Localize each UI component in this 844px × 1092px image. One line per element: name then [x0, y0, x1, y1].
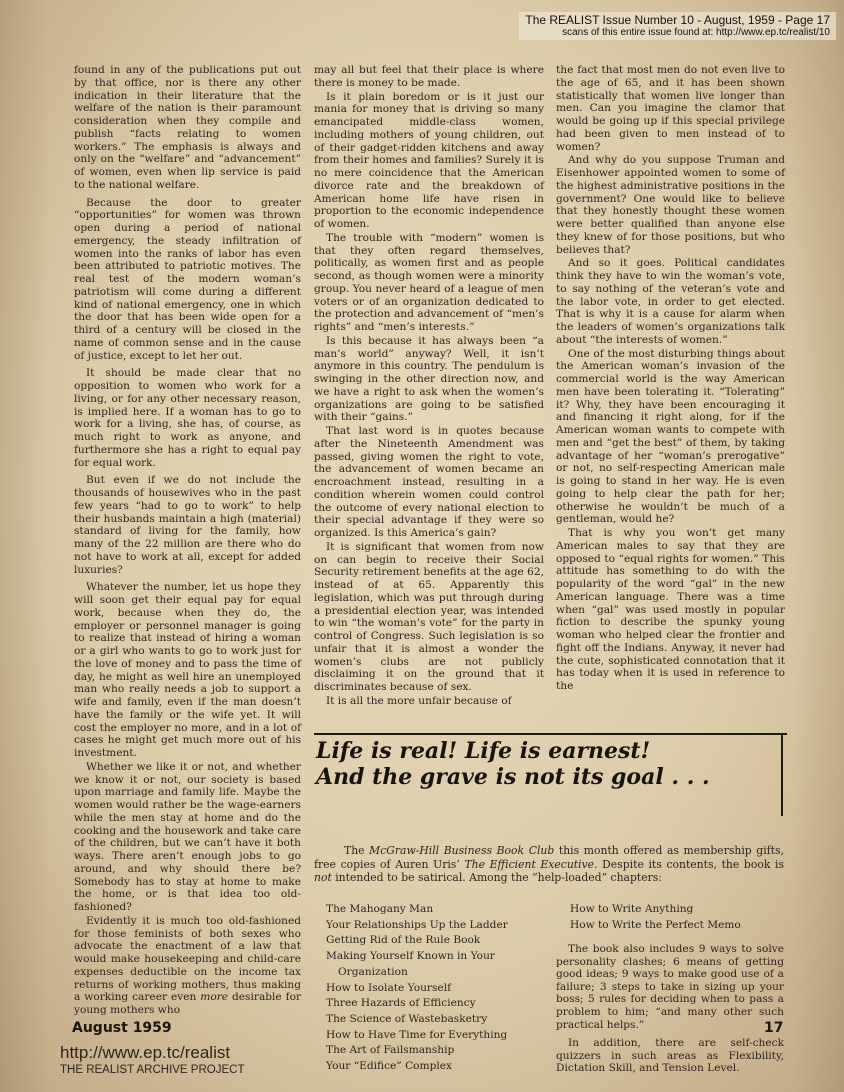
chapter-list-left: The Mahogany Man Your Relationships Up t…: [326, 902, 528, 1075]
chapter-item: The Science of Wastebasketry: [326, 1012, 528, 1028]
chapter-item: Your Relationships Up the Ladder: [326, 918, 528, 934]
paragraph: That is why you won’t get many American …: [556, 527, 785, 693]
sidebar-box-right-rule: [781, 733, 783, 816]
paragraph: The book also includes 9 ways to solve p…: [556, 943, 784, 1031]
sidebar-closing: The book also includes 9 ways to solve p…: [556, 943, 784, 1075]
italic-emphasis: more: [200, 991, 228, 1003]
paragraph: In addition, there are self-check quizze…: [556, 1037, 784, 1075]
chapter-item: Making Yourself Known in Your: [326, 949, 528, 965]
paragraph: It is significant that women from now on…: [314, 541, 544, 694]
paragraph: Is it plain boredom or is it just our ma…: [314, 91, 544, 231]
paragraph: And why do you suppose Truman and Eisenh…: [556, 154, 785, 256]
chapter-item: The Mahogany Man: [326, 902, 528, 918]
chapter-item: Your “Edifice” Complex: [326, 1059, 528, 1075]
chapter-item-continued: Organization: [326, 965, 528, 981]
chapter-item: How to Have Time for Everything: [326, 1028, 528, 1044]
book-title: The Efficient Executive: [464, 858, 594, 871]
paragraph: Is this because it has always been “a ma…: [314, 335, 544, 424]
headline-line-1: Life is real! Life is earnest!: [316, 738, 776, 764]
chapter-list-right: How to Write Anything How to Write the P…: [570, 902, 780, 933]
paragraph: Because the door to greater “opportuniti…: [74, 197, 301, 363]
paragraph: The trouble with “modern” women is that …: [314, 232, 544, 334]
paragraph: That last word is in quotes because afte…: [314, 425, 544, 540]
footer-page-number: 17: [764, 1020, 783, 1036]
intro-text: intended to be satirical. Among the “hel…: [332, 871, 662, 884]
italic-emphasis: not: [314, 871, 332, 884]
archive-project-name: THE REALIST ARCHIVE PROJECT: [60, 1064, 244, 1076]
chapter-item: Getting Rid of the Rule Book: [326, 933, 528, 949]
paragraph: It is all the more unfair because of: [314, 695, 544, 708]
paragraph: found in any of the publications put out…: [74, 64, 301, 192]
chapter-item: The Art of Failsmanship: [326, 1043, 528, 1059]
watermark-subtitle: scans of this entire issue found at: htt…: [525, 27, 830, 39]
paragraph-text: Evidently it is much too old-fashioned f…: [74, 915, 301, 1004]
paragraph: may all but feel that their place is whe…: [314, 64, 544, 90]
paragraph: Whatever the number, let us hope they wi…: [74, 581, 301, 760]
paragraph: And so it goes. Political candidates thi…: [556, 257, 785, 346]
article-column-1: found in any of the publications put out…: [74, 64, 301, 1017]
paragraph: Evidently it is much too old-fashioned f…: [74, 915, 301, 1017]
sidebar-box-top-rule: [314, 733, 787, 735]
article-column-2: may all but feel that their place is whe…: [314, 64, 544, 708]
sidebar-intro: The McGraw-Hill Business Book Club this …: [314, 844, 784, 885]
sidebar-headline: Life is real! Life is earnest! And the g…: [316, 738, 776, 790]
paragraph: It should be made clear that no oppositi…: [74, 367, 301, 469]
intro-text: . Despite its contents, the book is: [594, 858, 784, 871]
article-column-3: the fact that most men do not even live …: [556, 64, 785, 693]
archive-url-link[interactable]: http://www.ep.tc/realist: [60, 1043, 230, 1063]
archive-watermark: The REALIST Issue Number 10 - August, 19…: [519, 12, 836, 40]
intro-text: The: [344, 844, 369, 857]
chapter-item: How to Write the Perfect Memo: [570, 918, 780, 934]
chapter-item: How to Isolate Yourself: [326, 981, 528, 997]
footer-issue-date: August 1959: [72, 1020, 172, 1036]
intro-paragraph: The McGraw-Hill Business Book Club this …: [314, 844, 784, 885]
paragraph: the fact that most men do not even live …: [556, 64, 785, 153]
paragraph: One of the most disturbing things about …: [556, 348, 785, 527]
paragraph: But even if we do not include the thousa…: [74, 474, 301, 576]
headline-line-2: And the grave is not its goal . . .: [316, 764, 776, 790]
book-club-name: McGraw-Hill Business Book Club: [369, 844, 554, 857]
chapter-item: Three Hazards of Efficiency: [326, 996, 528, 1012]
watermark-title: The REALIST Issue Number 10 - August, 19…: [525, 13, 830, 27]
chapter-item: How to Write Anything: [570, 902, 780, 918]
paragraph: Whether we like it or not, and whether w…: [74, 761, 301, 914]
